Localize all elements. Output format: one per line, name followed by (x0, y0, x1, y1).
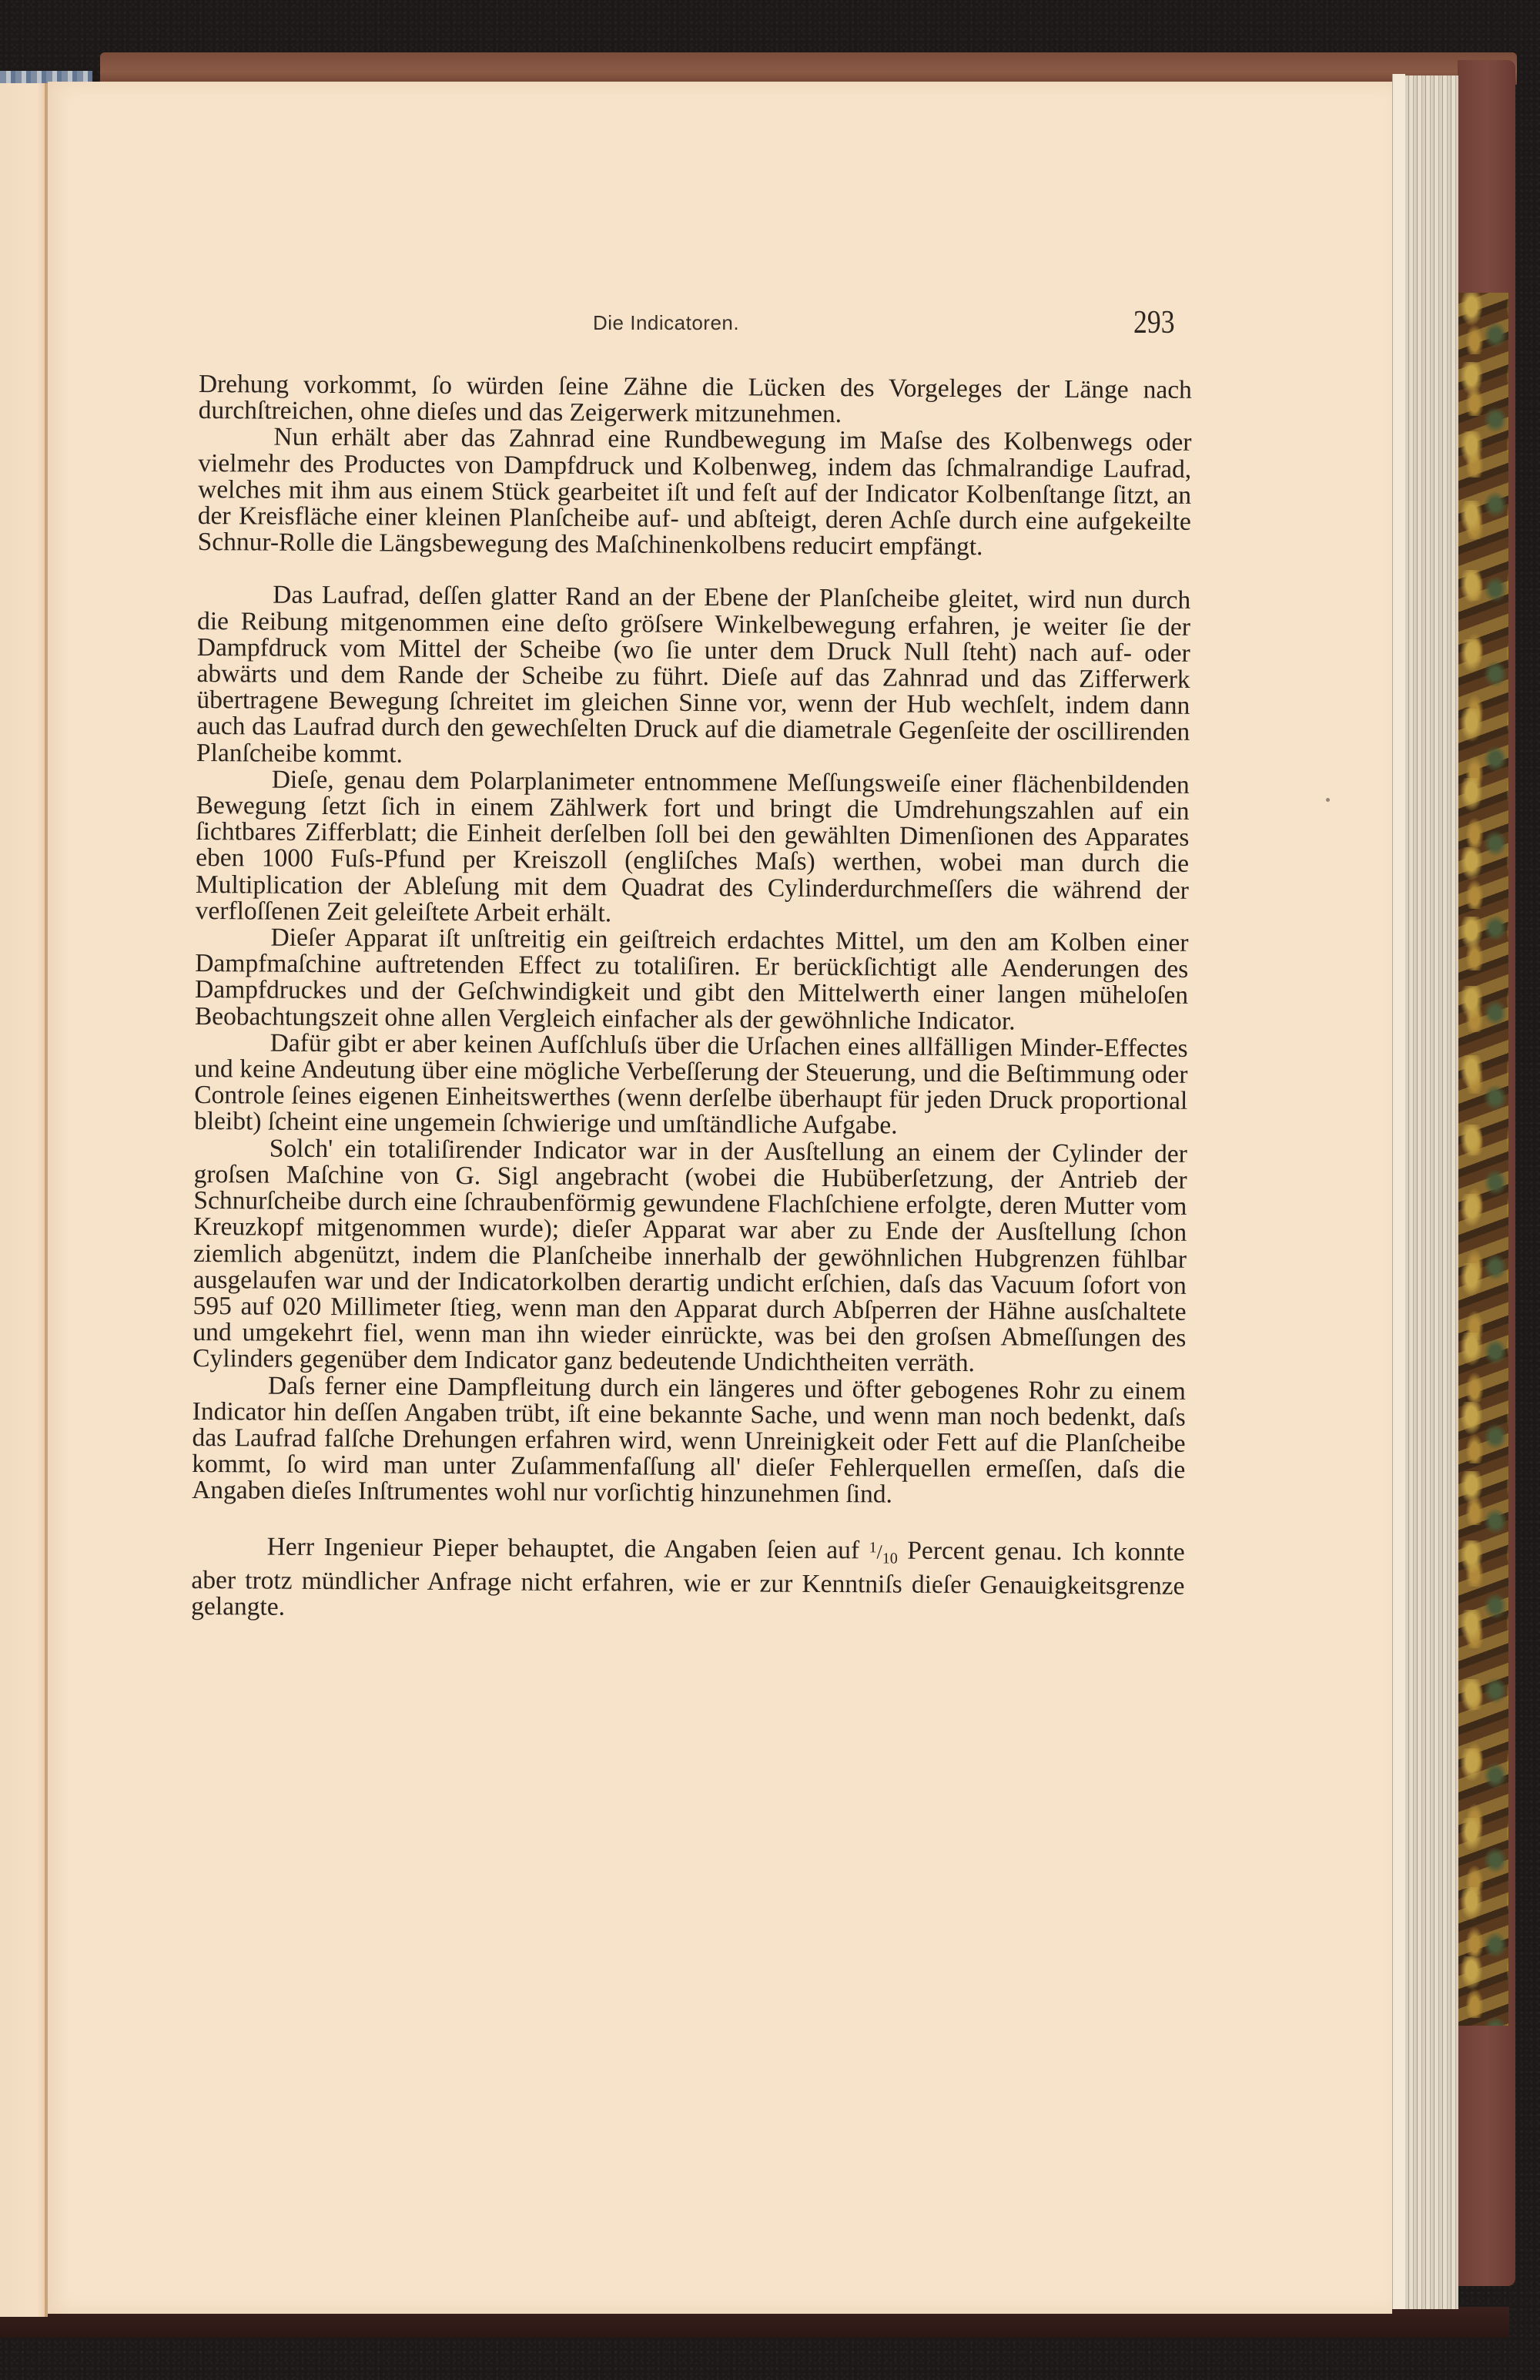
paragraph: Daſs ferner eine Dampfleitung durch ein … (192, 1372, 1186, 1510)
paragraph: Solch' ein totaliſirender Indicator war … (192, 1135, 1187, 1379)
marbled-cover-board (1458, 293, 1508, 2026)
paragraph: Das Laufrad, deſſen glatter Rand an der … (196, 582, 1190, 772)
paragraph: Nun erhält aber das Zahnrad eine Rundbew… (198, 424, 1192, 561)
paragraph: Drehung vorkommt, ſo würden ſeine Zähne … (199, 371, 1192, 430)
left-facing-page (0, 83, 46, 2317)
paper-speck (1326, 798, 1330, 802)
book-cover-top-edge (100, 52, 1517, 85)
fraction-numerator: 1 (869, 1539, 877, 1556)
final-text-start: Herr Ingenieur Pieper behauptet, die Ang… (267, 1532, 869, 1564)
paragraph-final: Herr Ingenieur Pieper behauptet, die Ang… (191, 1530, 1185, 1626)
running-head: Die Indicatoren. (593, 311, 739, 335)
page-number: 293 (1133, 304, 1175, 341)
fraction-denominator: 10 (882, 1550, 898, 1567)
paragraph: Dieſe, genau dem Polarplanimeter entnomm… (196, 766, 1190, 930)
fraction-one-tenth: 1/10 (869, 1540, 898, 1563)
paragraph: Dieſer Apparat iſt unſtreitig ein geiſtr… (195, 924, 1189, 1036)
page-body-text: Drehung vorkommt, ſo würden ſeine Zähne … (191, 371, 1192, 1626)
page-fore-edge (1392, 74, 1405, 2309)
paragraph: Dafür gibt er aber keinen Aufſchluſs übe… (194, 1030, 1188, 1141)
